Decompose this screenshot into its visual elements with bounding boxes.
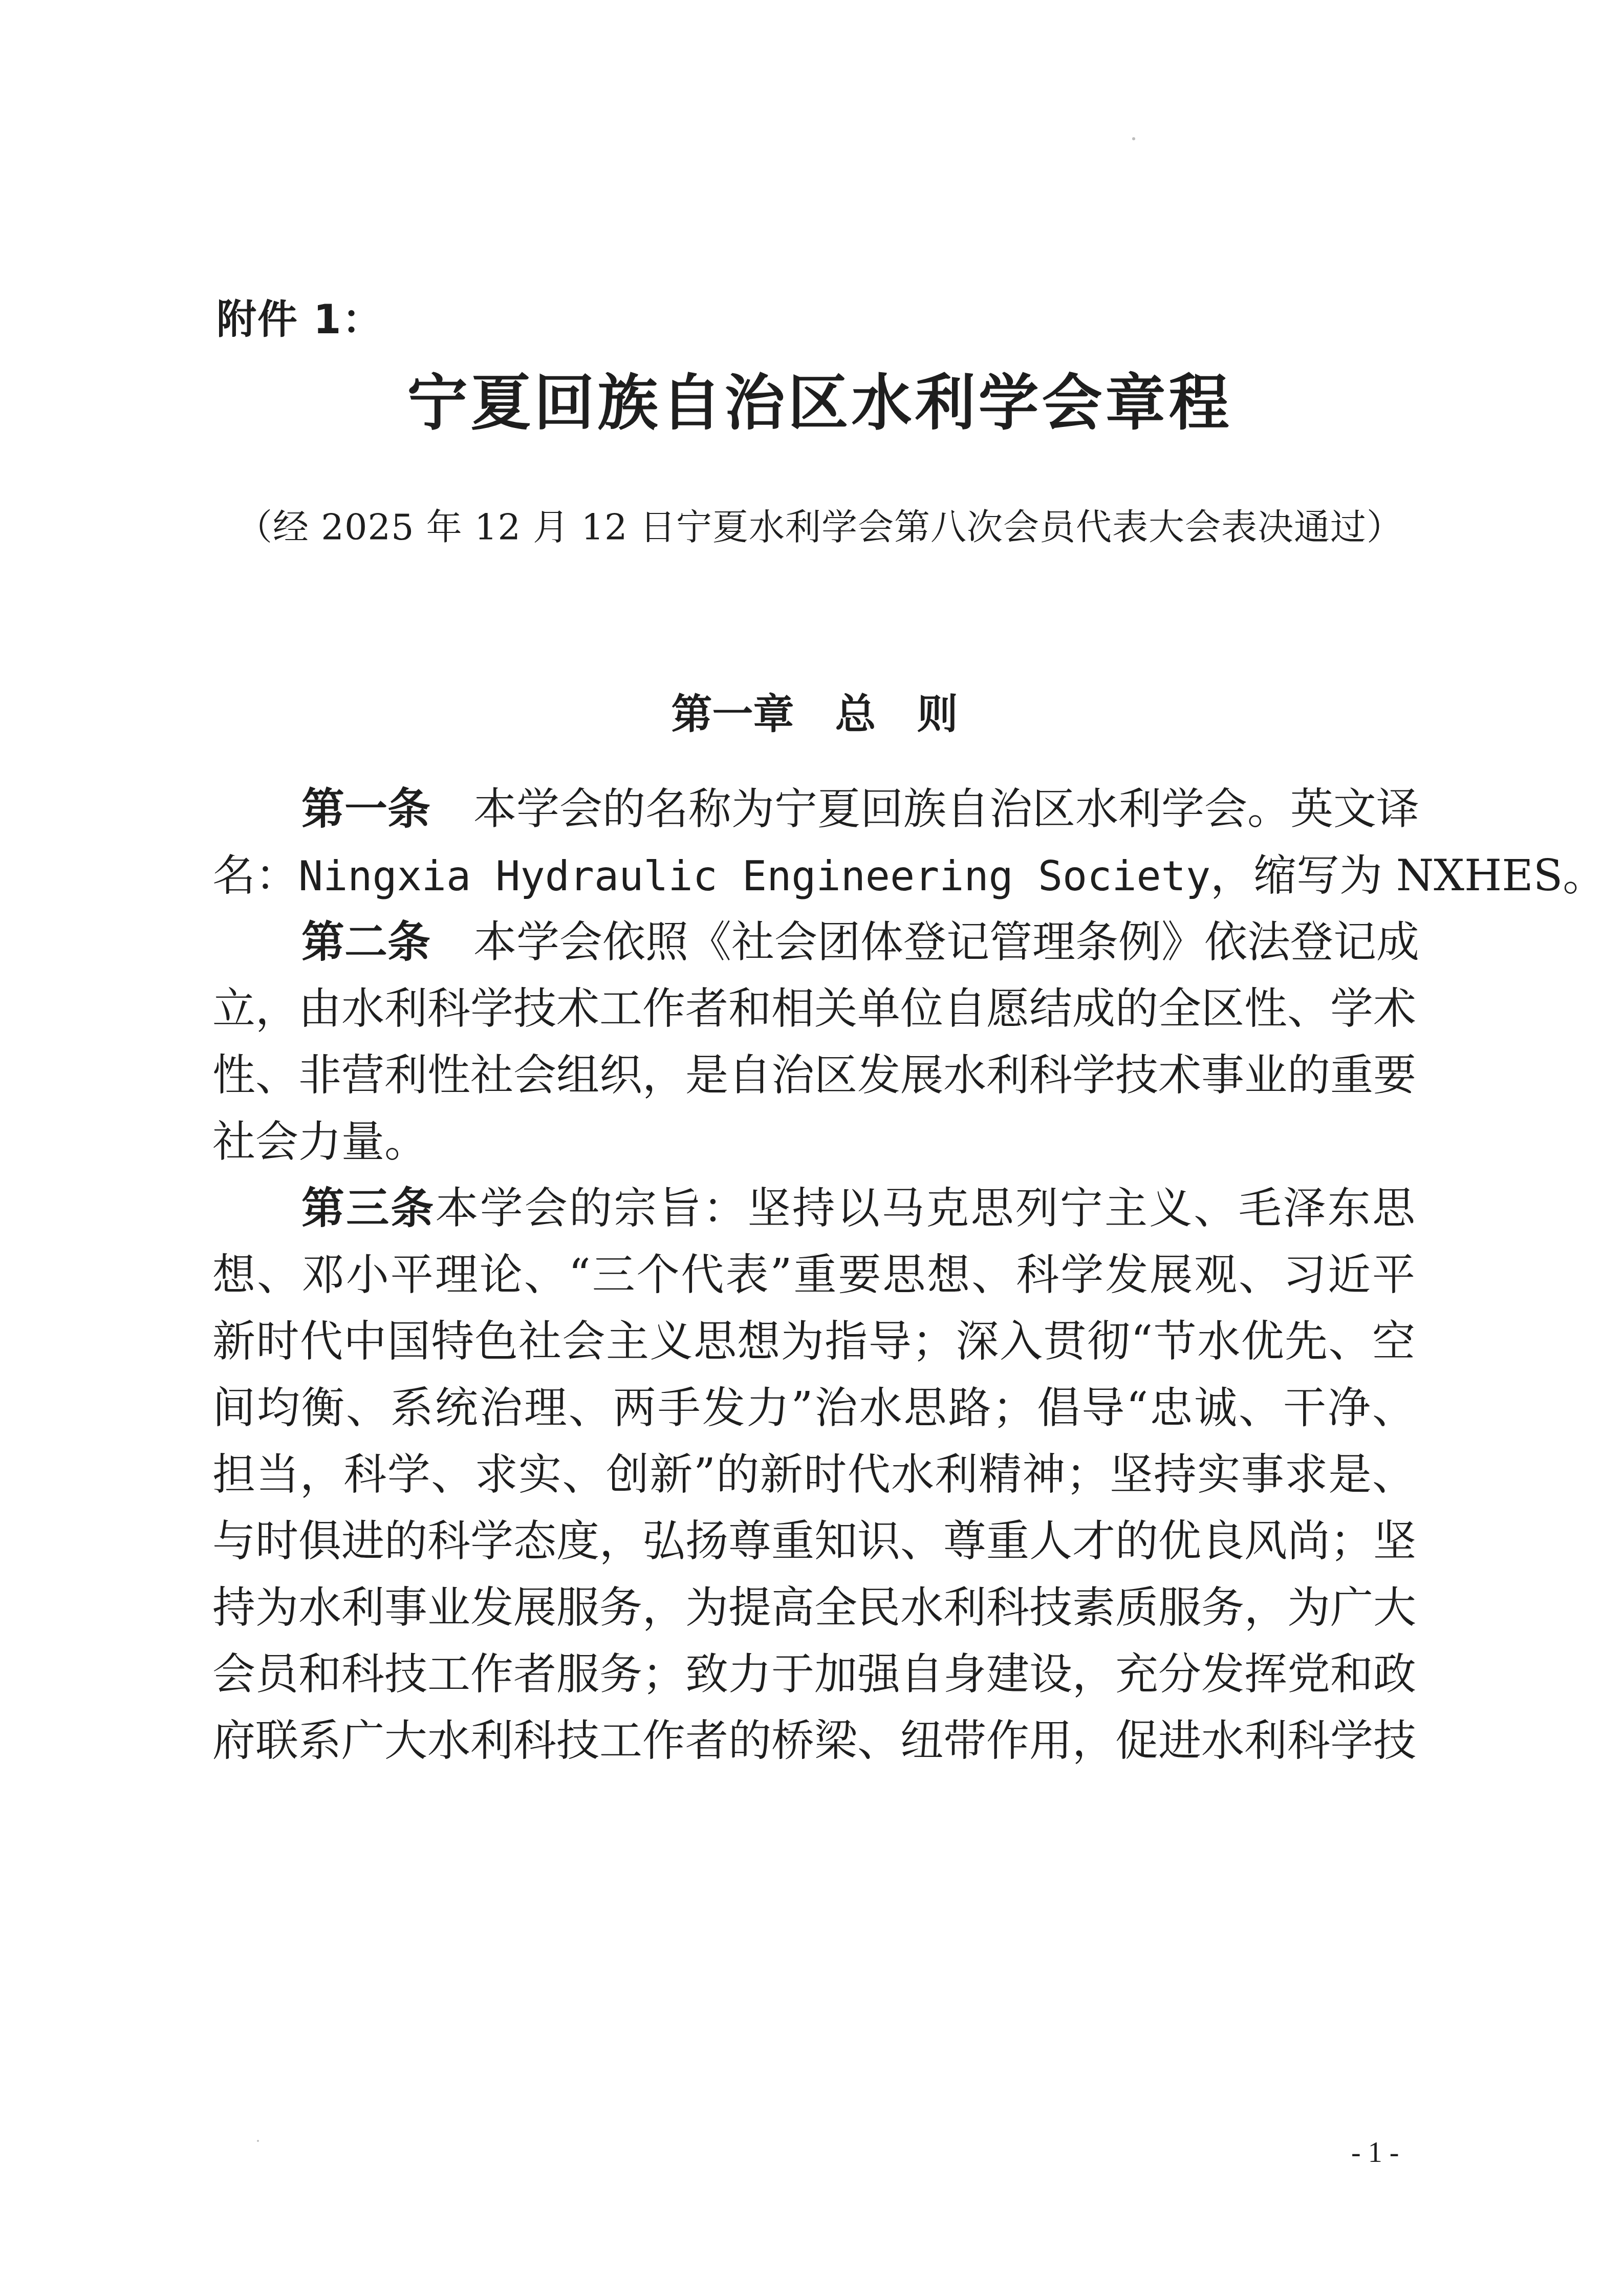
article-line: 第三条本学会的宗旨：坚持以马克思列宁主义、毛泽东思 [212,1175,1415,1241]
scan-speck [257,2140,259,2142]
article-text: 本学会依照《社会团体登记管理条例》依法登记成 [430,917,1419,967]
chapter-heading: 第一章 总 则 [0,689,1624,740]
article-line: 第二条 本学会依照《社会团体登记管理条例》依法登记成 [212,909,1415,975]
article-1: 第一条 本学会的名称为宁夏回族自治区水利学会。英文译 名：Ningxia Hyd… [212,776,1415,909]
article-line: 持为水利事业发展服务，为提高全民水利科技素质服务，为广大 [212,1574,1415,1641]
article-text: 名： [212,850,298,900]
document-subtitle: （经 2025 年 12 月 12 日宁夏水利学会第八次会员代表大会表决通过） [0,504,1624,550]
article-text: 本学会的名称为宁夏回族自治区水利学会。英文译 [430,784,1419,834]
article-2: 第二条 本学会依照《社会团体登记管理条例》依法登记成 立，由水利科学技术工作者和… [212,909,1415,1175]
scan-speck [1132,137,1135,140]
article-3: 第三条本学会的宗旨：坚持以马克思列宁主义、毛泽东思 想、邓小平理论、“三个代表”… [212,1175,1415,1774]
article-line: 府联系广大水利科技工作者的桥梁、纽带作用，促进水利科学技 [212,1707,1415,1774]
article-line: 与时俱进的科学态度，弘扬尊重知识、尊重人才的优良风尚；坚 [212,1508,1415,1574]
article-line: 第一条 本学会的名称为宁夏回族自治区水利学会。英文译 [212,776,1415,842]
attachment-label: 附件 1： [216,294,383,346]
article-line: 社会力量。 [212,1108,1415,1175]
article-line: 性、非营利性社会组织，是自治区发展水利科学技术事业的重要 [212,1042,1415,1108]
article-line: 名：Ningxia Hydraulic Engineering Society，… [212,842,1415,909]
page-number: - 1 - [1351,2135,1399,2171]
article-line: 间均衡、系统治理、两手发力”治水思路；倡导“忠诚、干净、 [212,1375,1415,1441]
article-label: 第三条 [301,1183,436,1233]
article-line: 立，由水利科学技术工作者和相关单位自愿结成的全区性、学术 [212,975,1415,1042]
article-line: 新时代中国特色社会主义思想为指导；深入贯彻“节水优先、空 [212,1308,1415,1375]
article-text: ，缩写为 NXHES。 [1210,850,1606,900]
article-line: 担当，科学、求实、创新”的新时代水利精神；坚持实事求是、 [212,1441,1415,1508]
article-line: 想、邓小平理论、“三个代表”重要思想、科学发展观、习近平 [212,1241,1415,1308]
english-name: Ningxia Hydraulic Engineering Society [298,852,1210,900]
article-line: 会员和科技工作者服务；致力于加强自身建设，充分发挥党和政 [212,1641,1415,1707]
article-label: 第一条 [301,784,430,834]
document-page: 附件 1： 宁夏回族自治区水利学会章程 （经 2025 年 12 月 12 日宁… [0,0,1624,2296]
document-title: 宁夏回族自治区水利学会章程 [0,364,1624,441]
document-body: 第一条 本学会的名称为宁夏回族自治区水利学会。英文译 名：Ningxia Hyd… [212,776,1415,1774]
article-label: 第二条 [301,917,430,967]
article-text: 本学会的宗旨：坚持以马克思列宁主义、毛泽东思 [436,1183,1415,1233]
